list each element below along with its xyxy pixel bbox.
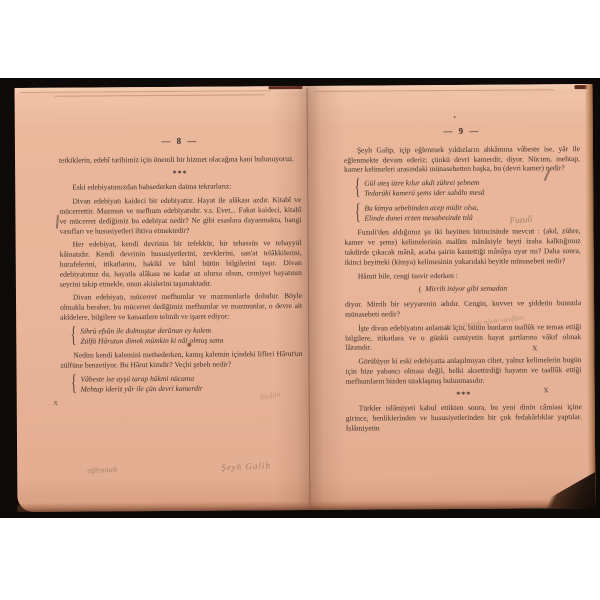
couplet-brace: { [71, 371, 77, 394]
paragraph: Hâmit bile, cengi tasvir ederken : [345, 270, 581, 281]
paragraph: tetkiklerin, edebî tarihimiz için önemli… [59, 154, 301, 165]
verse-text: Mirrih iniyor gibi semadan [425, 284, 507, 294]
couplet-fuzuli-2: { Bu kimya sebebinden acep midir olsa, E… [364, 202, 580, 223]
couplet-brace: { [355, 175, 361, 198]
paragraph: Şeyh Galip, içip eğlenmek yıldızların ah… [344, 144, 580, 175]
fore-edge [585, 84, 596, 508]
paragraph: Divan edebiyatı kaideci bir edebiyattır.… [59, 195, 301, 236]
open-book: — 8 — tetkiklerin, edebî tarihimiz için … [15, 84, 596, 512]
couplet-brace: { [355, 200, 361, 223]
screenshot-canvas: — 8 — tetkiklerin, edebî tarihimiz için … [0, 0, 600, 600]
bottom-edge-shadow [17, 499, 595, 512]
paragraph: Divan edebiyatı, mücerret mefhumlar ve m… [60, 291, 302, 322]
handwritten-note-seyh-galib: Şeyh Galib [221, 460, 271, 472]
paragraph: Türkler islâmiyeti kabul ettikten sonra,… [346, 402, 582, 433]
paper-stain [454, 116, 456, 118]
handwritten-note-eglenmek: eğlenmek [87, 465, 118, 475]
pencil-x-mark: x [532, 342, 537, 353]
page-8-number: — 8 — [59, 136, 301, 147]
left-page: — 8 — tetkiklerin, edebî tarihimiz için … [59, 136, 303, 399]
couplet-line: Elinde danei erzen mesabesinde tılâ [364, 212, 580, 223]
pencil-x-mark: x [54, 398, 58, 407]
paragraph: Eski edebiyatımızdan bahsederken daima t… [59, 181, 301, 192]
paragraph: Görülüyor ki eski edebiyatta anlaşılmıya… [345, 355, 581, 386]
section-separator: *** [59, 168, 301, 179]
paragraph: Nedim kendi kalemini methederken, kamış … [60, 349, 302, 370]
couplet-line: Tedarüki kamerü şems ider sabâhı mesâ [364, 187, 580, 198]
couplet-nedim-1: { Sihrü efsûn ile dolmuştur derûnun ey k… [80, 325, 302, 346]
paragraph: diyor. Mirrih bir seyyarenin adıdır. Cen… [345, 298, 581, 319]
pencil-x-mark: x [544, 384, 549, 395]
paragraph: Her edebiyat, kendi devrinin bir tefekkü… [60, 238, 302, 289]
verse-mirrih: (Mirrih iniyor gibi semadan [345, 283, 581, 294]
paragraph: Fuzuli'den aldığımız şu iki beyitten bir… [345, 226, 581, 267]
couplet-line: Zülfü Hârutun dimek mümkin ki nâl olmuş … [80, 335, 302, 346]
page-9-number: — 9 — [344, 126, 580, 137]
book-photo: — 8 — tetkiklerin, edebî tarihimiz için … [0, 78, 600, 518]
couplet-brace: { [71, 323, 77, 346]
handwritten-note-fuzuli: Fuzulî [509, 214, 533, 226]
couplet-fuzuli-1: { Gül ateş üzre kılur akdi zührei şebnem… [364, 177, 580, 198]
verse-paren: ( [419, 285, 422, 294]
